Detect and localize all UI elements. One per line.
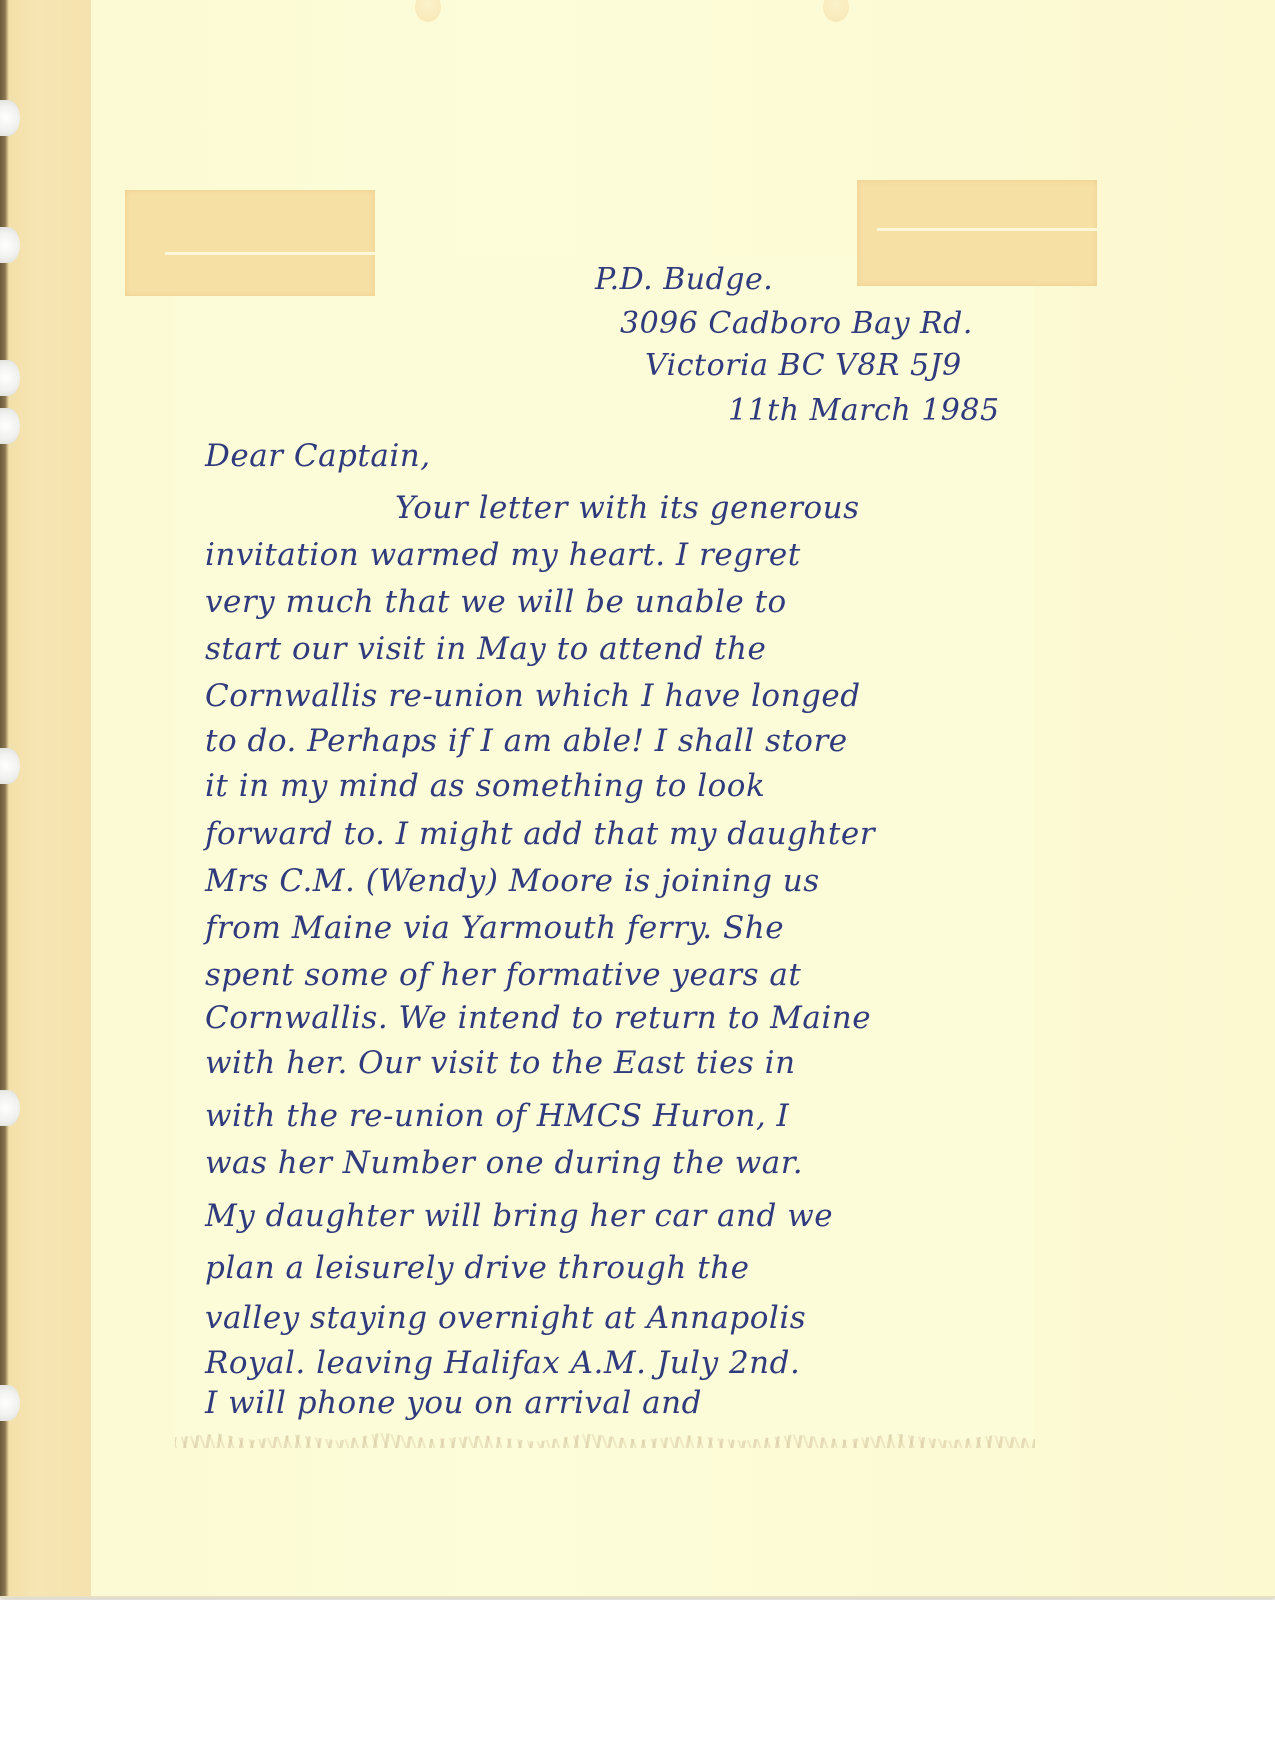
body-line: I will phone you on arrival and: [205, 1385, 702, 1421]
binding-strip: [0, 0, 91, 1596]
body-line: Mrs C.M. (Wendy) Moore is joining us: [205, 863, 820, 899]
body-line: with her. Our visit to the East ties in: [205, 1045, 796, 1081]
sender-city: Victoria BC V8R 5J9: [645, 348, 962, 383]
punch-hole-icon: [0, 748, 20, 784]
punch-hole-icon: [0, 100, 20, 136]
body-line: forward to. I might add that my daughter: [205, 816, 875, 852]
body-line: plan a leisurely drive through the: [205, 1250, 749, 1286]
top-punch-hole-icon: [415, 0, 441, 22]
punch-hole-icon: [0, 408, 20, 444]
tape-strip-left: [125, 190, 375, 296]
punch-hole-icon: [0, 1385, 20, 1421]
punch-hole-icon: [0, 227, 20, 263]
scrapbook-page: P.D. Budge. 3096 Cadboro Bay Rd. Victori…: [0, 0, 1275, 1598]
body-line: very much that we will be unable to: [205, 584, 787, 620]
sender-street: 3096 Cadboro Bay Rd.: [620, 306, 973, 341]
body-line: Cornwallis re-union which I have longed: [205, 678, 861, 714]
body-line: valley staying overnight at Annapolis: [205, 1300, 806, 1336]
top-punch-hole-icon: [823, 0, 849, 22]
body-line: start our visit in May to attend the: [205, 631, 766, 667]
body-line: My daughter will bring her car and we: [205, 1198, 833, 1234]
body-line: from Maine via Yarmouth ferry. She: [205, 910, 784, 946]
body-line: Cornwallis. We intend to return to Maine: [205, 1000, 871, 1036]
letter-date: 11th March 1985: [728, 393, 1000, 428]
scan-margin: [0, 1600, 1275, 1754]
body-line: it in my mind as something to look: [205, 768, 765, 804]
punch-hole-icon: [0, 360, 20, 396]
salutation: Dear Captain,: [205, 438, 431, 474]
tape-strip-right: [857, 180, 1097, 286]
body-line: with the re-union of HMCS Huron, I: [205, 1098, 789, 1134]
punch-hole-icon: [0, 1090, 20, 1126]
body-line: Your letter with its generous: [395, 490, 859, 526]
body-line: spent some of her formative years at: [205, 957, 801, 993]
body-line: was her Number one during the war.: [205, 1145, 803, 1181]
body-line: invitation warmed my heart. I regret: [205, 537, 801, 573]
body-line: to do. Perhaps if I am able! I shall sto…: [205, 723, 848, 759]
body-line: Royal. leaving Halifax A.M. July 2nd.: [205, 1345, 800, 1381]
sender-name: P.D. Budge.: [595, 262, 773, 297]
